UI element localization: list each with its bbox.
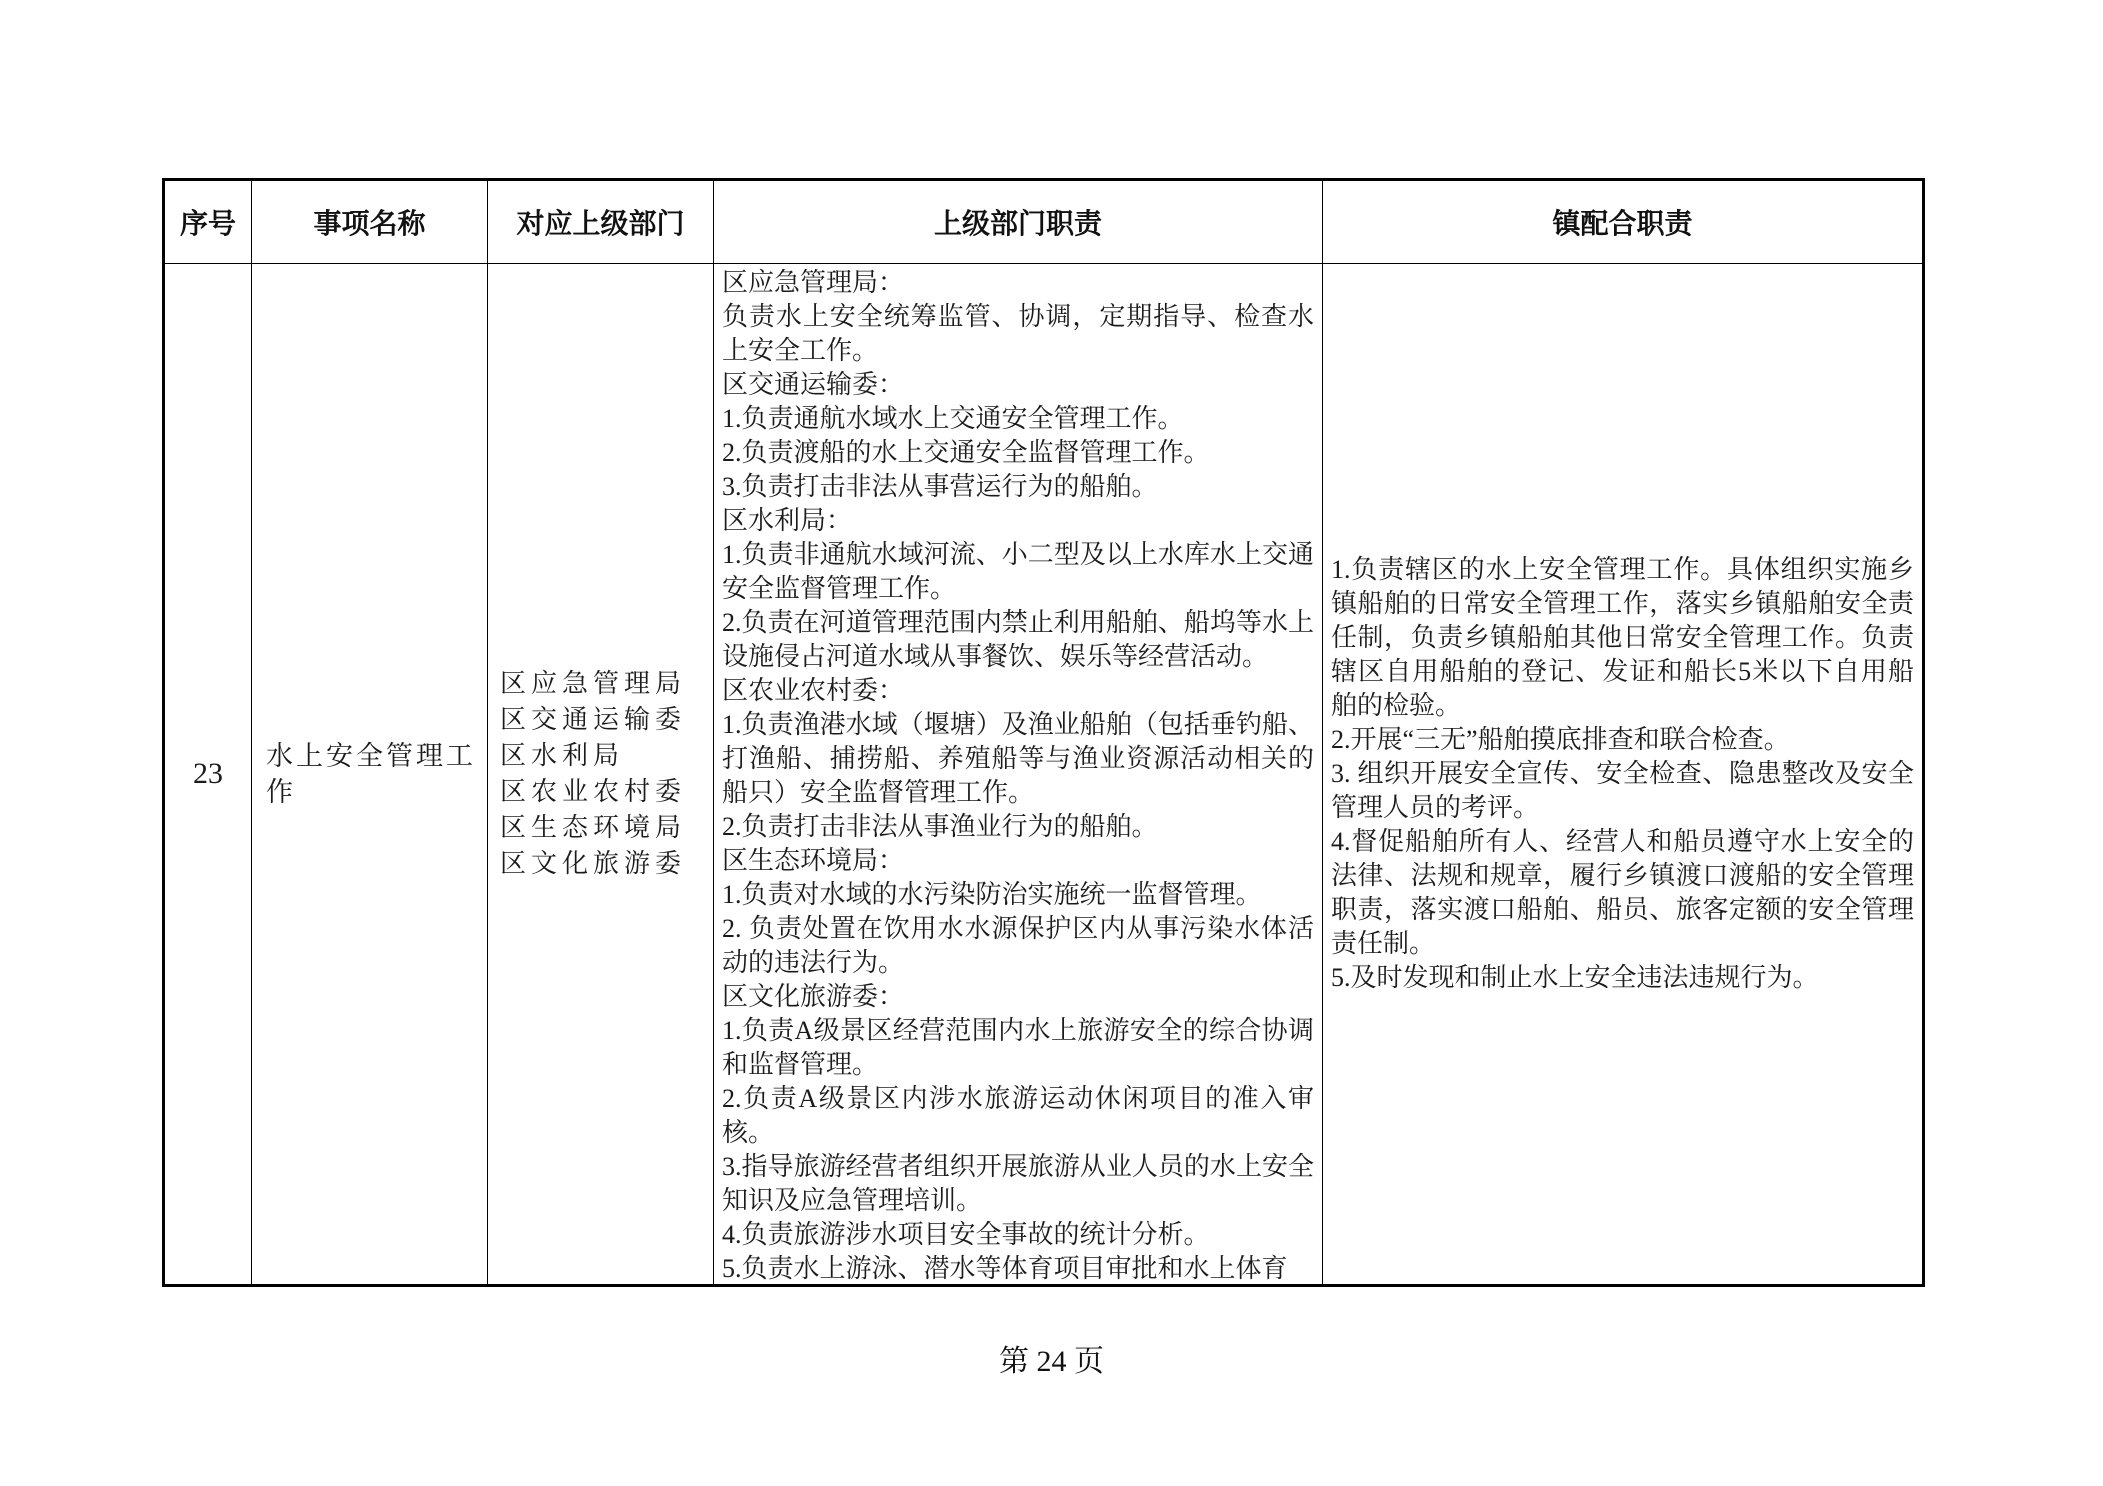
- item-name-cell: 水上安全管理工作: [252, 264, 488, 1286]
- superior-duty-paragraph: 1.负责对水域的水污染防治实施统一监督管理。: [722, 878, 1314, 912]
- superior-duty-paragraph: 区交通运输委：: [722, 368, 1314, 402]
- town-duty-paragraph: 4.督促船舶所有人、经营人和船员遵守水上安全的法律、法规和规章，履行乡镇渡口渡船…: [1331, 825, 1914, 961]
- town-duty-paragraph: 2.开展“三无”船舶摸底排查和联合检查。: [1331, 723, 1914, 757]
- table-header-row: 序号 事项名称 对应上级部门 上级部门职责 镇配合职责: [164, 180, 1924, 264]
- table-row: 23 水上安全管理工作 区应急管理局区交通运输委区水利局区农业农村委区生态环境局…: [164, 264, 1924, 1286]
- superior-duty-paragraph: 2.负责A级景区内涉水旅游运动休闲项目的准入审核。: [722, 1082, 1314, 1150]
- superior-duty-paragraph: 区水利局：: [722, 504, 1314, 538]
- superior-duty-paragraph: 区农业农村委：: [722, 674, 1314, 708]
- superior-duty-paragraph: 区应急管理局：: [722, 266, 1314, 300]
- column-header-superior-duties: 上级部门职责: [714, 180, 1323, 264]
- department-name: 区应急管理局: [500, 666, 701, 702]
- superior-duty-paragraph: 负责水上安全统筹监管、协调，定期指导、检查水上安全工作。: [722, 300, 1314, 368]
- superior-duty-paragraph: 1.负责渔港水域（堰塘）及渔业船舶（包括垂钓船、打渔船、捕捞船、养殖船等与渔业资…: [722, 708, 1314, 810]
- superior-departments-list: 区应急管理局区交通运输委区水利局区农业农村委区生态环境局区文化旅游委: [500, 666, 701, 882]
- superior-duty-paragraph: 3.负责打击非法从事营运行为的船舶。: [722, 470, 1314, 504]
- town-duty-paragraph: 3. 组织开展安全宣传、安全检查、隐患整改及安全管理人员的考评。: [1331, 757, 1914, 825]
- department-name: 区生态环境局: [500, 810, 701, 846]
- superior-duty-paragraph: 2.负责渡船的水上交通安全监督管理工作。: [722, 436, 1314, 470]
- column-header-item-name: 事项名称: [252, 180, 488, 264]
- document-page: 序号 事项名称 对应上级部门 上级部门职责 镇配合职责 23 水上安全管理工作 …: [0, 0, 2103, 1486]
- superior-duty-paragraph: 区生态环境局：: [722, 844, 1314, 878]
- department-name: 区文化旅游委: [500, 846, 701, 882]
- town-duty-paragraph: 5.及时发现和制止水上安全违法违规行为。: [1331, 961, 1914, 995]
- superior-duty-paragraph: 2.负责在河道管理范围内禁止利用船舶、船坞等水上设施侵占河道水域从事餐饮、娱乐等…: [722, 606, 1314, 674]
- department-name: 区农业农村委: [500, 774, 701, 810]
- town-duty-paragraph: 1.负责辖区的水上安全管理工作。具体组织实施乡镇船舶的日常安全管理工作，落实乡镇…: [1331, 553, 1914, 723]
- town-duties-cell: 1.负责辖区的水上安全管理工作。具体组织实施乡镇船舶的日常安全管理工作，落实乡镇…: [1323, 264, 1924, 1286]
- serial-number-cell: 23: [164, 264, 252, 1286]
- column-header-superior-department: 对应上级部门: [488, 180, 714, 264]
- superior-duties-text: 区应急管理局：负责水上安全统筹监管、协调，定期指导、检查水上安全工作。区交通运输…: [714, 264, 1322, 1284]
- superior-duties-cell: 区应急管理局：负责水上安全统筹监管、协调，定期指导、检查水上安全工作。区交通运输…: [714, 264, 1323, 1286]
- superior-duty-paragraph: 3.指导旅游经营者组织开展旅游从业人员的水上安全知识及应急管理培训。: [722, 1150, 1314, 1218]
- town-duties-text: 1.负责辖区的水上安全管理工作。具体组织实施乡镇船舶的日常安全管理工作，落实乡镇…: [1323, 265, 1922, 1283]
- superior-duty-paragraph: 1.负责A级景区经营范围内水上旅游安全的综合协调和监督管理。: [722, 1014, 1314, 1082]
- column-header-serial: 序号: [164, 180, 252, 264]
- department-name: 区水利局: [500, 738, 701, 774]
- superior-duty-paragraph: 1.负责非通航水域河流、小二型及以上水库水上交通安全监督管理工作。: [722, 538, 1314, 606]
- department-name: 区交通运输委: [500, 702, 701, 738]
- superior-departments-cell: 区应急管理局区交通运输委区水利局区农业农村委区生态环境局区文化旅游委: [488, 264, 714, 1286]
- superior-duty-paragraph: 2. 负责处置在饮用水水源保护区内从事污染水体活动的违法行为。: [722, 912, 1314, 980]
- superior-duty-paragraph: 2.负责打击非法从事渔业行为的船舶。: [722, 810, 1314, 844]
- column-header-town-duties: 镇配合职责: [1323, 180, 1924, 264]
- superior-duty-paragraph: 区文化旅游委：: [722, 980, 1314, 1014]
- duties-table: 序号 事项名称 对应上级部门 上级部门职责 镇配合职责 23 水上安全管理工作 …: [162, 178, 1925, 1287]
- superior-duty-paragraph: 1.负责通航水域水上交通安全管理工作。: [722, 402, 1314, 436]
- superior-duty-paragraph: 5.负责水上游泳、潜水等体育项目审批和水上体育: [722, 1252, 1314, 1284]
- page-number: 第 24 页: [0, 1336, 2103, 1380]
- superior-duty-paragraph: 4.负责旅游涉水项目安全事故的统计分析。: [722, 1218, 1314, 1252]
